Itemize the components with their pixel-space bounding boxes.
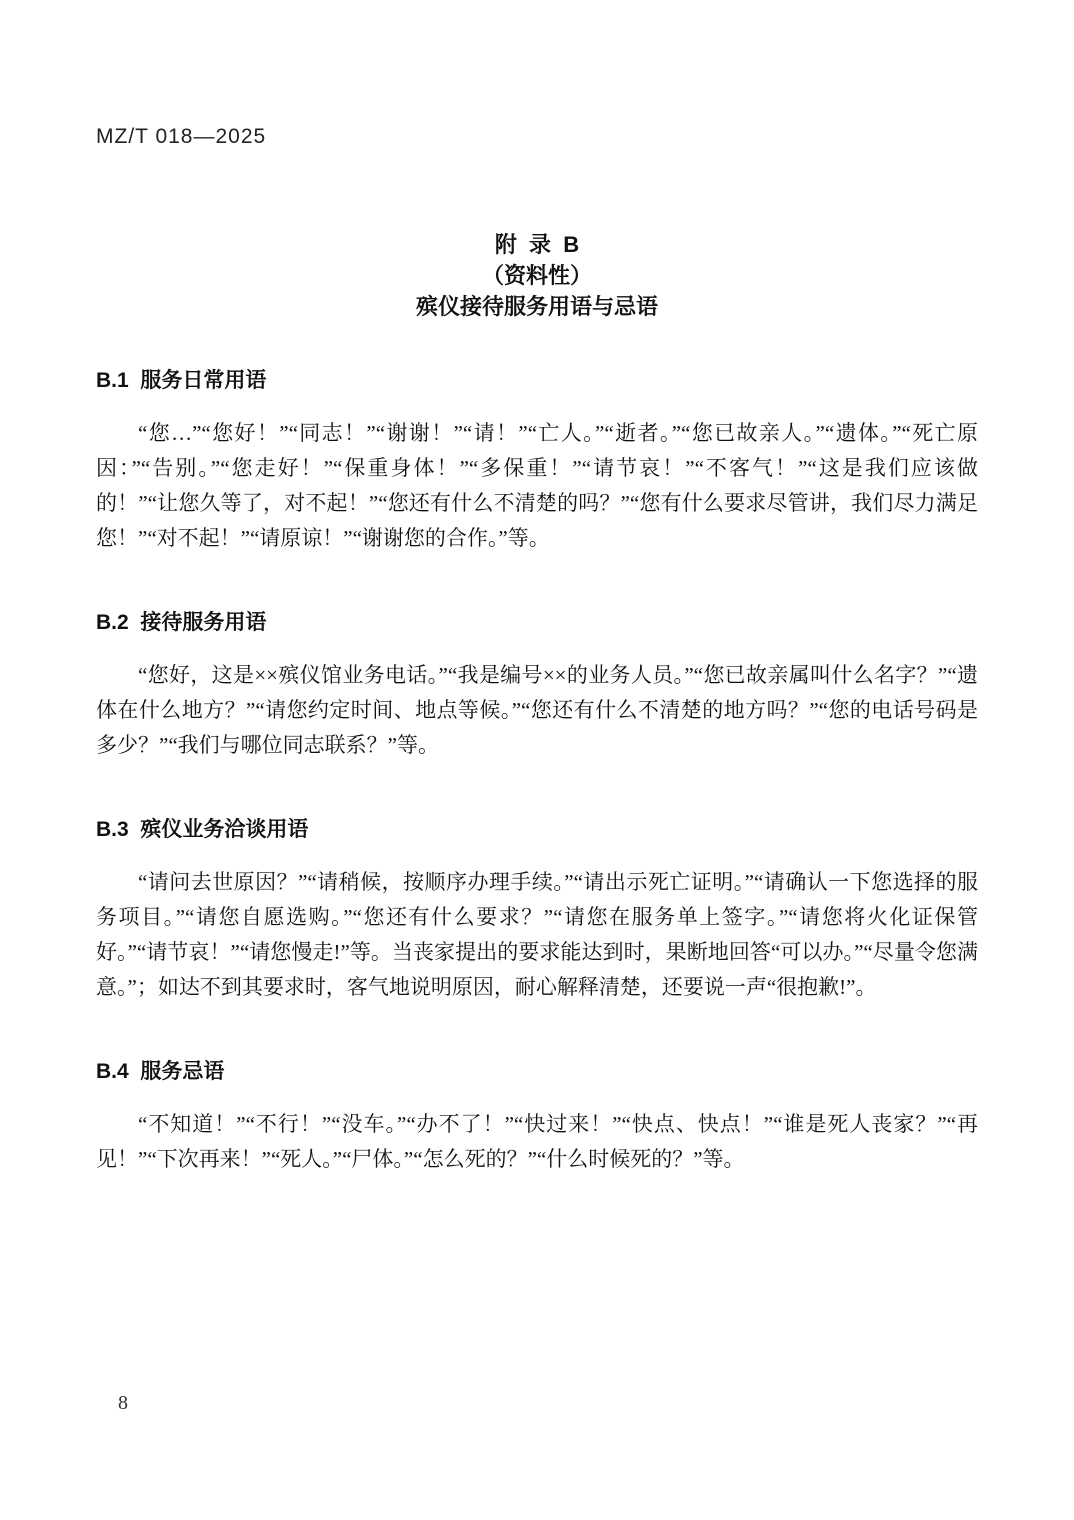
document-code: MZ/T 018—2025 [96,125,978,149]
appendix-title: 附 录 B [96,229,978,260]
appendix-title-block: 附 录 B （资料性） 殡仪接待服务用语与忌语 [96,229,978,322]
section-body-b4: “不知道！”“不行！”“没车。”“办不了！”“快过来！”“快点、快点！”“谁是死… [96,1107,978,1177]
section-heading-b3: B.3 殡仪业务洽谈用语 [96,813,978,843]
section-body-b3: “请问去世原因？”“请稍候，按顺序办理手续。”“请出示死亡证明。”“请确认一下您… [96,865,978,1005]
section-heading-b1: B.1 服务日常用语 [96,364,978,394]
appendix-normative-note: （资料性） [96,260,978,291]
document-page: MZ/T 018—2025 附 录 B （资料性） 殡仪接待服务用语与忌语 B.… [0,0,1074,1520]
page-number: 8 [118,1392,128,1415]
section-heading-b2: B.2 接待服务用语 [96,606,978,636]
section-heading-b4: B.4 服务忌语 [96,1055,978,1085]
section-body-b1: “您…”“您好！”“同志！”“谢谢！”“请！”“亡人。”“逝者。”“您已故亲人。… [96,416,978,556]
appendix-subject: 殡仪接待服务用语与忌语 [96,291,978,322]
section-body-b2: “您好，这是××殡仪馆业务电话。”“我是编号××的业务人员。”“您已故亲属叫什么… [96,658,978,763]
